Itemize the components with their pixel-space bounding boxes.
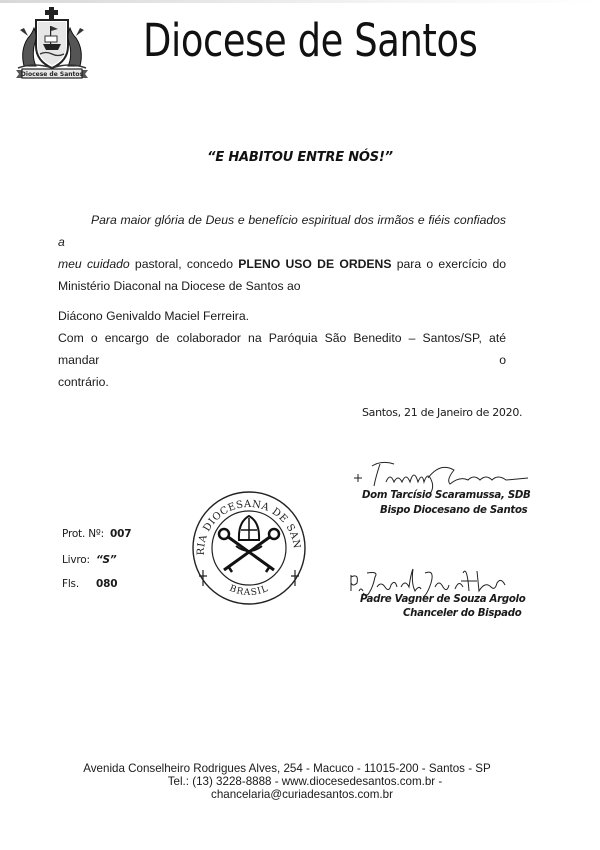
recipient-name: Diácono Genivaldo Maciel Ferreira.: [58, 305, 506, 327]
grant-title: PLENO USO DE ORDENS: [238, 257, 391, 271]
footer-contact: Avenida Conselheiro Rodrigues Alves, 254…: [0, 762, 600, 801]
scan-edge: [0, 0, 600, 3]
bishop-role: Bispo Diocesano de Santos: [380, 505, 527, 516]
intro-text-cont: meu cuidado: [58, 257, 130, 271]
chancellor-name: Padre Vagner de Souza Argolo: [360, 594, 525, 605]
grant-paragraph: Para maior glória de Deus e benefício es…: [58, 209, 506, 297]
svg-text:Diocese de Santos: Diocese de Santos: [21, 71, 84, 78]
motto: “E HABITOU ENTRE NÓS!”: [0, 150, 600, 165]
coat-of-arms-icon: Diocese de Santos: [14, 6, 90, 80]
footer-email: chancelaria@curiadesantos.com.br: [4, 788, 600, 801]
svg-text:BRASIL: BRASIL: [228, 584, 270, 598]
intro-text: Para maior glória de Deus e benefício es…: [58, 213, 506, 249]
protocol-number: Prot. Nº: 007: [62, 528, 104, 540]
chancellor-role: Chanceler do Bispado: [403, 608, 521, 619]
footer-address: Avenida Conselheiro Rodrigues Alves, 254…: [0, 762, 600, 775]
charge-paragraph: Com o encargo de colaborador na Paróquia…: [58, 327, 506, 393]
page-number: Fls. 080: [62, 578, 79, 590]
bishop-name: Dom Tarcísio Scaramussa, SDB: [362, 490, 530, 501]
footer-phone-website: Tel.: (13) 3228-8888 - www.diocesedesant…: [10, 775, 600, 788]
curia-seal-icon: CURIA DIOCESANA DE SANTOS BRASIL: [188, 490, 310, 606]
book-number: Livro: “S”: [62, 554, 90, 566]
ministry-line: Ministério Diaconal na Diocese de Santos…: [58, 275, 506, 297]
document-date: Santos, 21 de Janeiro de 2020.: [362, 406, 522, 419]
organization-title: Diocese de Santos: [143, 14, 477, 67]
